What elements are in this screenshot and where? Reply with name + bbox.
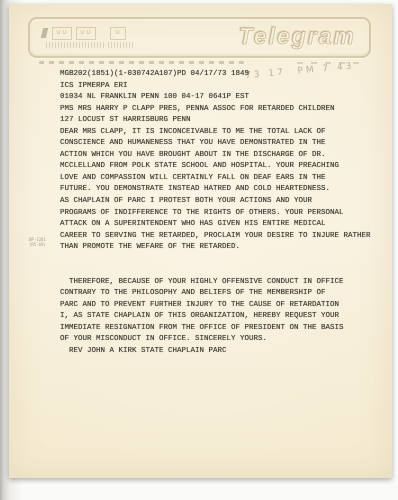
form-number: BP-1201 (R5-69) xyxy=(29,237,56,247)
banner-logo-box: ∪ xyxy=(110,27,126,40)
banner-barcode-stripes xyxy=(108,42,134,48)
telegram-banner: ∪∪ ∪∪ ∪ Telegram xyxy=(28,17,371,58)
routing-block: MGB202(1851)(1-030742A107)PD 04/17/73 18… xyxy=(60,69,380,127)
smudge-line xyxy=(39,61,244,64)
telegram-page: ∪∪ ∪∪ ∪ Telegram 73 17 PM 7 43 MGB202(18… xyxy=(9,4,392,478)
banner-barcode-stripes xyxy=(46,42,104,48)
body-paragraph-2: THEREFORE, BECAUSE OF YOUR HIGHLY OFFENS… xyxy=(60,277,380,358)
banner-logo-box: ∪∪ xyxy=(52,27,72,40)
telegram-wordmark: Telegram xyxy=(239,23,356,50)
banner-tick-mark xyxy=(41,28,48,38)
telegram-scan: ∪∪ ∪∪ ∪ Telegram 73 17 PM 7 43 MGB202(18… xyxy=(0,0,398,500)
telegram-text: MGB202(1851)(1-030742A107)PD 04/17/73 18… xyxy=(60,69,380,358)
western-union-marks-icon: ∪∪ ∪∪ ∪ xyxy=(42,26,192,50)
banner-logo-box: ∪∪ xyxy=(76,27,96,40)
body-paragraph-1: DEAR MRS CLAPP, IT IS INCONCEIVABLE TO M… xyxy=(60,127,380,254)
